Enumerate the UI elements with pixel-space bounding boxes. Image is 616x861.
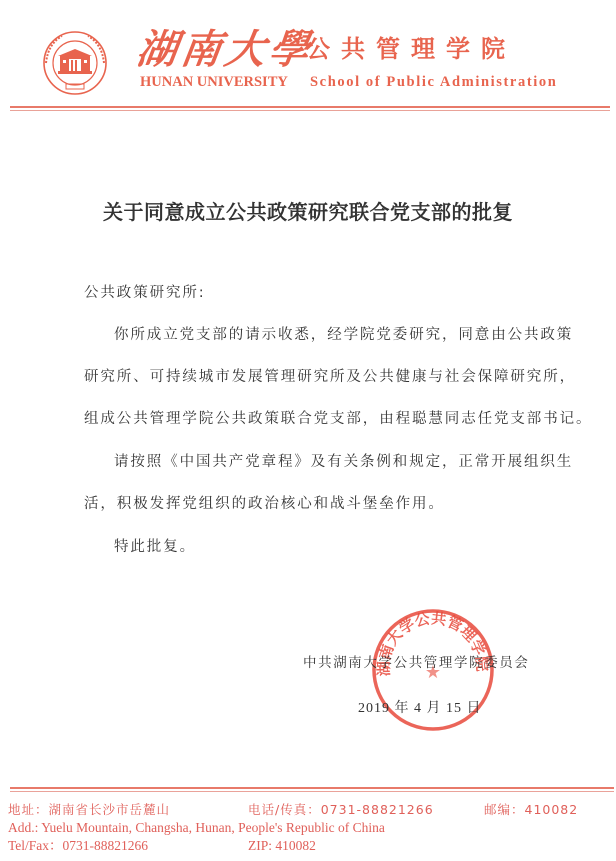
header-divider-thick xyxy=(10,106,610,108)
university-name-en: HUNAN UNIVERSITY xyxy=(140,74,288,91)
footer-address-cn: 地址：湖南省长沙市岳麓山 xyxy=(8,802,170,818)
signature-date: 2019 年 4 月 15 日 xyxy=(358,697,482,717)
university-name-cn: 湖南大學 xyxy=(134,26,317,74)
paragraph-1-line-2: 研究所、可持续城市发展管理研究所及公共健康与社会保障研究所， xyxy=(84,367,544,387)
paragraph-2-line-2: 活，积极发挥党组织的政治核心和战斗堡垒作用。 xyxy=(84,494,544,514)
paragraph-1-line-3: 组成公共管理学院公共政策联合党支部，由程聪慧同志任党支部书记。 xyxy=(84,409,544,429)
paragraph-1-line-1: 你所成立党支部的请示收悉，经学院党委研究，同意由公共政策 xyxy=(114,325,574,345)
salutation: 公共政策研究所: xyxy=(84,283,544,303)
footer-phone-cn: 电话/传真：0731-88821266 xyxy=(248,802,434,818)
footer-zip-cn: 邮编：410082 xyxy=(484,802,578,818)
footer-address-en: Add.: Yuelu Mountain, Changsha, Hunan, P… xyxy=(8,820,385,836)
paragraph-2-line-1: 请按照《中国共产党章程》及有关条例和规定，正常开展组织生 xyxy=(114,452,574,472)
school-name-cn: 公共管理学院 xyxy=(306,33,516,65)
document-title: 关于同意成立公共政策研究联合党支部的批复 xyxy=(0,196,616,225)
footer-divider-thick xyxy=(10,787,614,789)
header-divider-thin xyxy=(10,110,610,111)
signature-organization: 中共湖南大学公共管理学院委员会 xyxy=(303,651,530,671)
university-seal-logo xyxy=(42,30,108,96)
footer-zip-en: ZIP: 410082 xyxy=(248,838,316,854)
school-name-en: School of Public Administration xyxy=(310,74,557,91)
footer-divider-thin xyxy=(10,791,614,792)
paragraph-3-line-1: 特此批复。 xyxy=(114,537,574,557)
footer-tel-en: Tel/Fax：0731-88821266 xyxy=(8,838,148,854)
